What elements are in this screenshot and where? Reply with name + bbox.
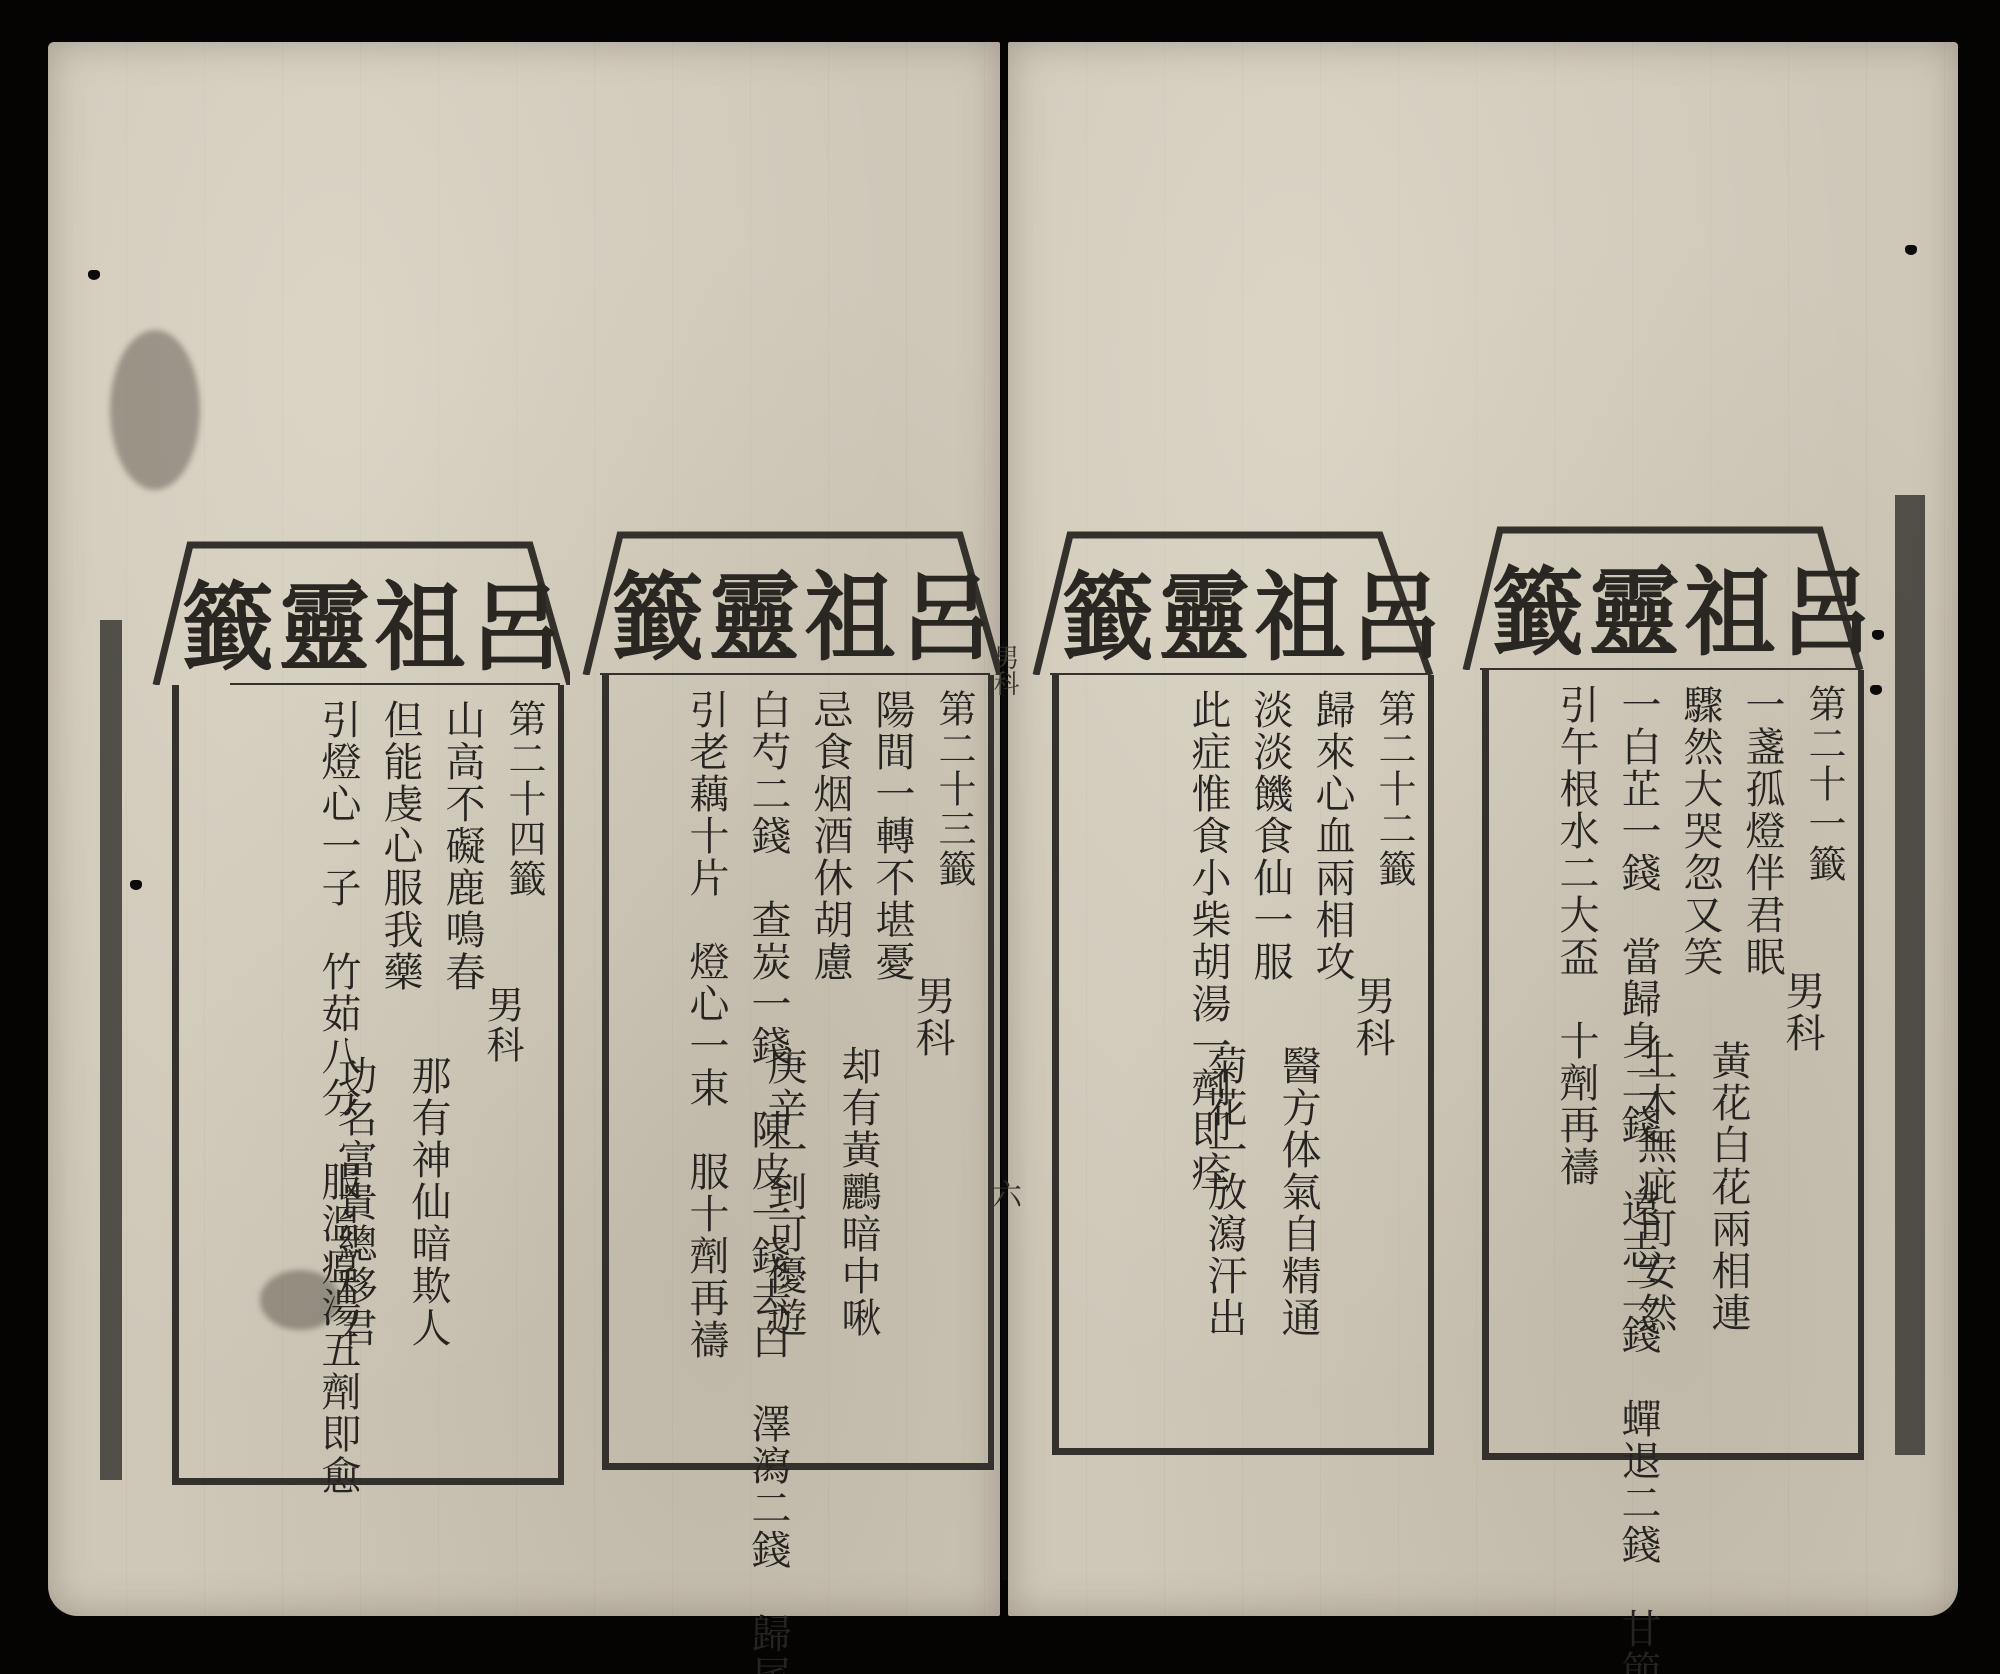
ink-stain xyxy=(110,330,200,490)
verse-line-1b: 那有神仙暗欺人 xyxy=(406,1055,450,1349)
prescription-line-2: 引午根水二大盃 十劑再禱 xyxy=(1554,684,1598,1437)
verse-line-1b: 醫方体氣自精通 xyxy=(1276,1045,1320,1339)
wormhole xyxy=(1905,245,1917,255)
slip-body: 第二十三籤 陽間一轉不堪憂 忌食烟酒休胡慮 白芍二錢 查炭一錢 陳皮一錢去白 澤… xyxy=(602,675,994,1470)
department-label: 男科 xyxy=(480,985,524,1349)
slip-body: 第二十四籤 山高不礙鹿鳴春 但能虔心服我藥 引燈心一子 竹茹八分 服溫瘟湯五劑即… xyxy=(172,685,564,1485)
wormhole xyxy=(1872,630,1884,640)
department-label: 男科 xyxy=(910,975,954,1339)
wormhole xyxy=(88,270,100,280)
center-fold xyxy=(1002,120,1007,1580)
wormhole xyxy=(130,880,142,890)
verse-line-2b: 功名富貴總移君 xyxy=(332,1055,376,1349)
slip-body: 第二十一籤 一盞孤燈伴君眠 驟然大哭忽又笑 一白芷一錢 當歸身二錢 遠志二錢 蟬… xyxy=(1482,670,1864,1460)
slip-title: 呂 祖 靈 籤 xyxy=(1490,550,1840,660)
verse-line-2b: 庚辛一到可優遊 xyxy=(762,1045,806,1339)
prescription-line-2: 引老藕十片 燈心一束 服十劑再禱 xyxy=(684,689,728,1447)
oracle-slip-22: 呂 祖 靈 籤 第二十二籤 歸來心血兩相攻 淡淡饑食仙一服 此症惟食小柴胡湯一劑… xyxy=(1030,525,1440,1455)
slip-body: 第二十二籤 歸來心血兩相攻 淡淡饑食仙一服 此症惟食小柴胡湯一劑即痊 男科 醫方… xyxy=(1052,675,1434,1455)
verse-line-2b: 菊花一放瀉汗出 xyxy=(1202,1045,1246,1339)
slip-title: 呂 祖 靈 籤 xyxy=(180,565,540,675)
slip-title: 呂 祖 靈 籤 xyxy=(610,555,970,665)
right-border-bar xyxy=(1895,495,1925,1455)
oracle-slip-24: 呂 祖 靈 籤 第二十四籤 山高不礙鹿鳴春 但能虔心服我藥 引燈心一子 竹茹八分… xyxy=(150,535,570,1485)
verse-line-1b: 黃花白花兩相連 xyxy=(1706,1040,1750,1334)
slip-title: 呂 祖 靈 籤 xyxy=(1060,555,1410,665)
wormhole xyxy=(1870,685,1882,695)
verse-line-2b: 土木無疵可安然 xyxy=(1632,1040,1676,1334)
verse-line-1b: 却有黃鸝暗中啾 xyxy=(836,1045,880,1339)
left-border-bar xyxy=(100,620,122,1480)
oracle-slip-23: 呂 祖 靈 籤 第二十三籤 陽間一轉不堪憂 忌食烟酒休胡慮 白芍二錢 查炭一錢 … xyxy=(580,525,1000,1470)
department-label: 男科 xyxy=(1350,975,1394,1339)
oracle-slip-21: 呂 祖 靈 籤 第二十一籤 一盞孤燈伴君眠 驟然大哭忽又笑 一白芷一錢 當歸身二… xyxy=(1460,520,1870,1460)
department-label: 男科 xyxy=(1780,970,1824,1334)
